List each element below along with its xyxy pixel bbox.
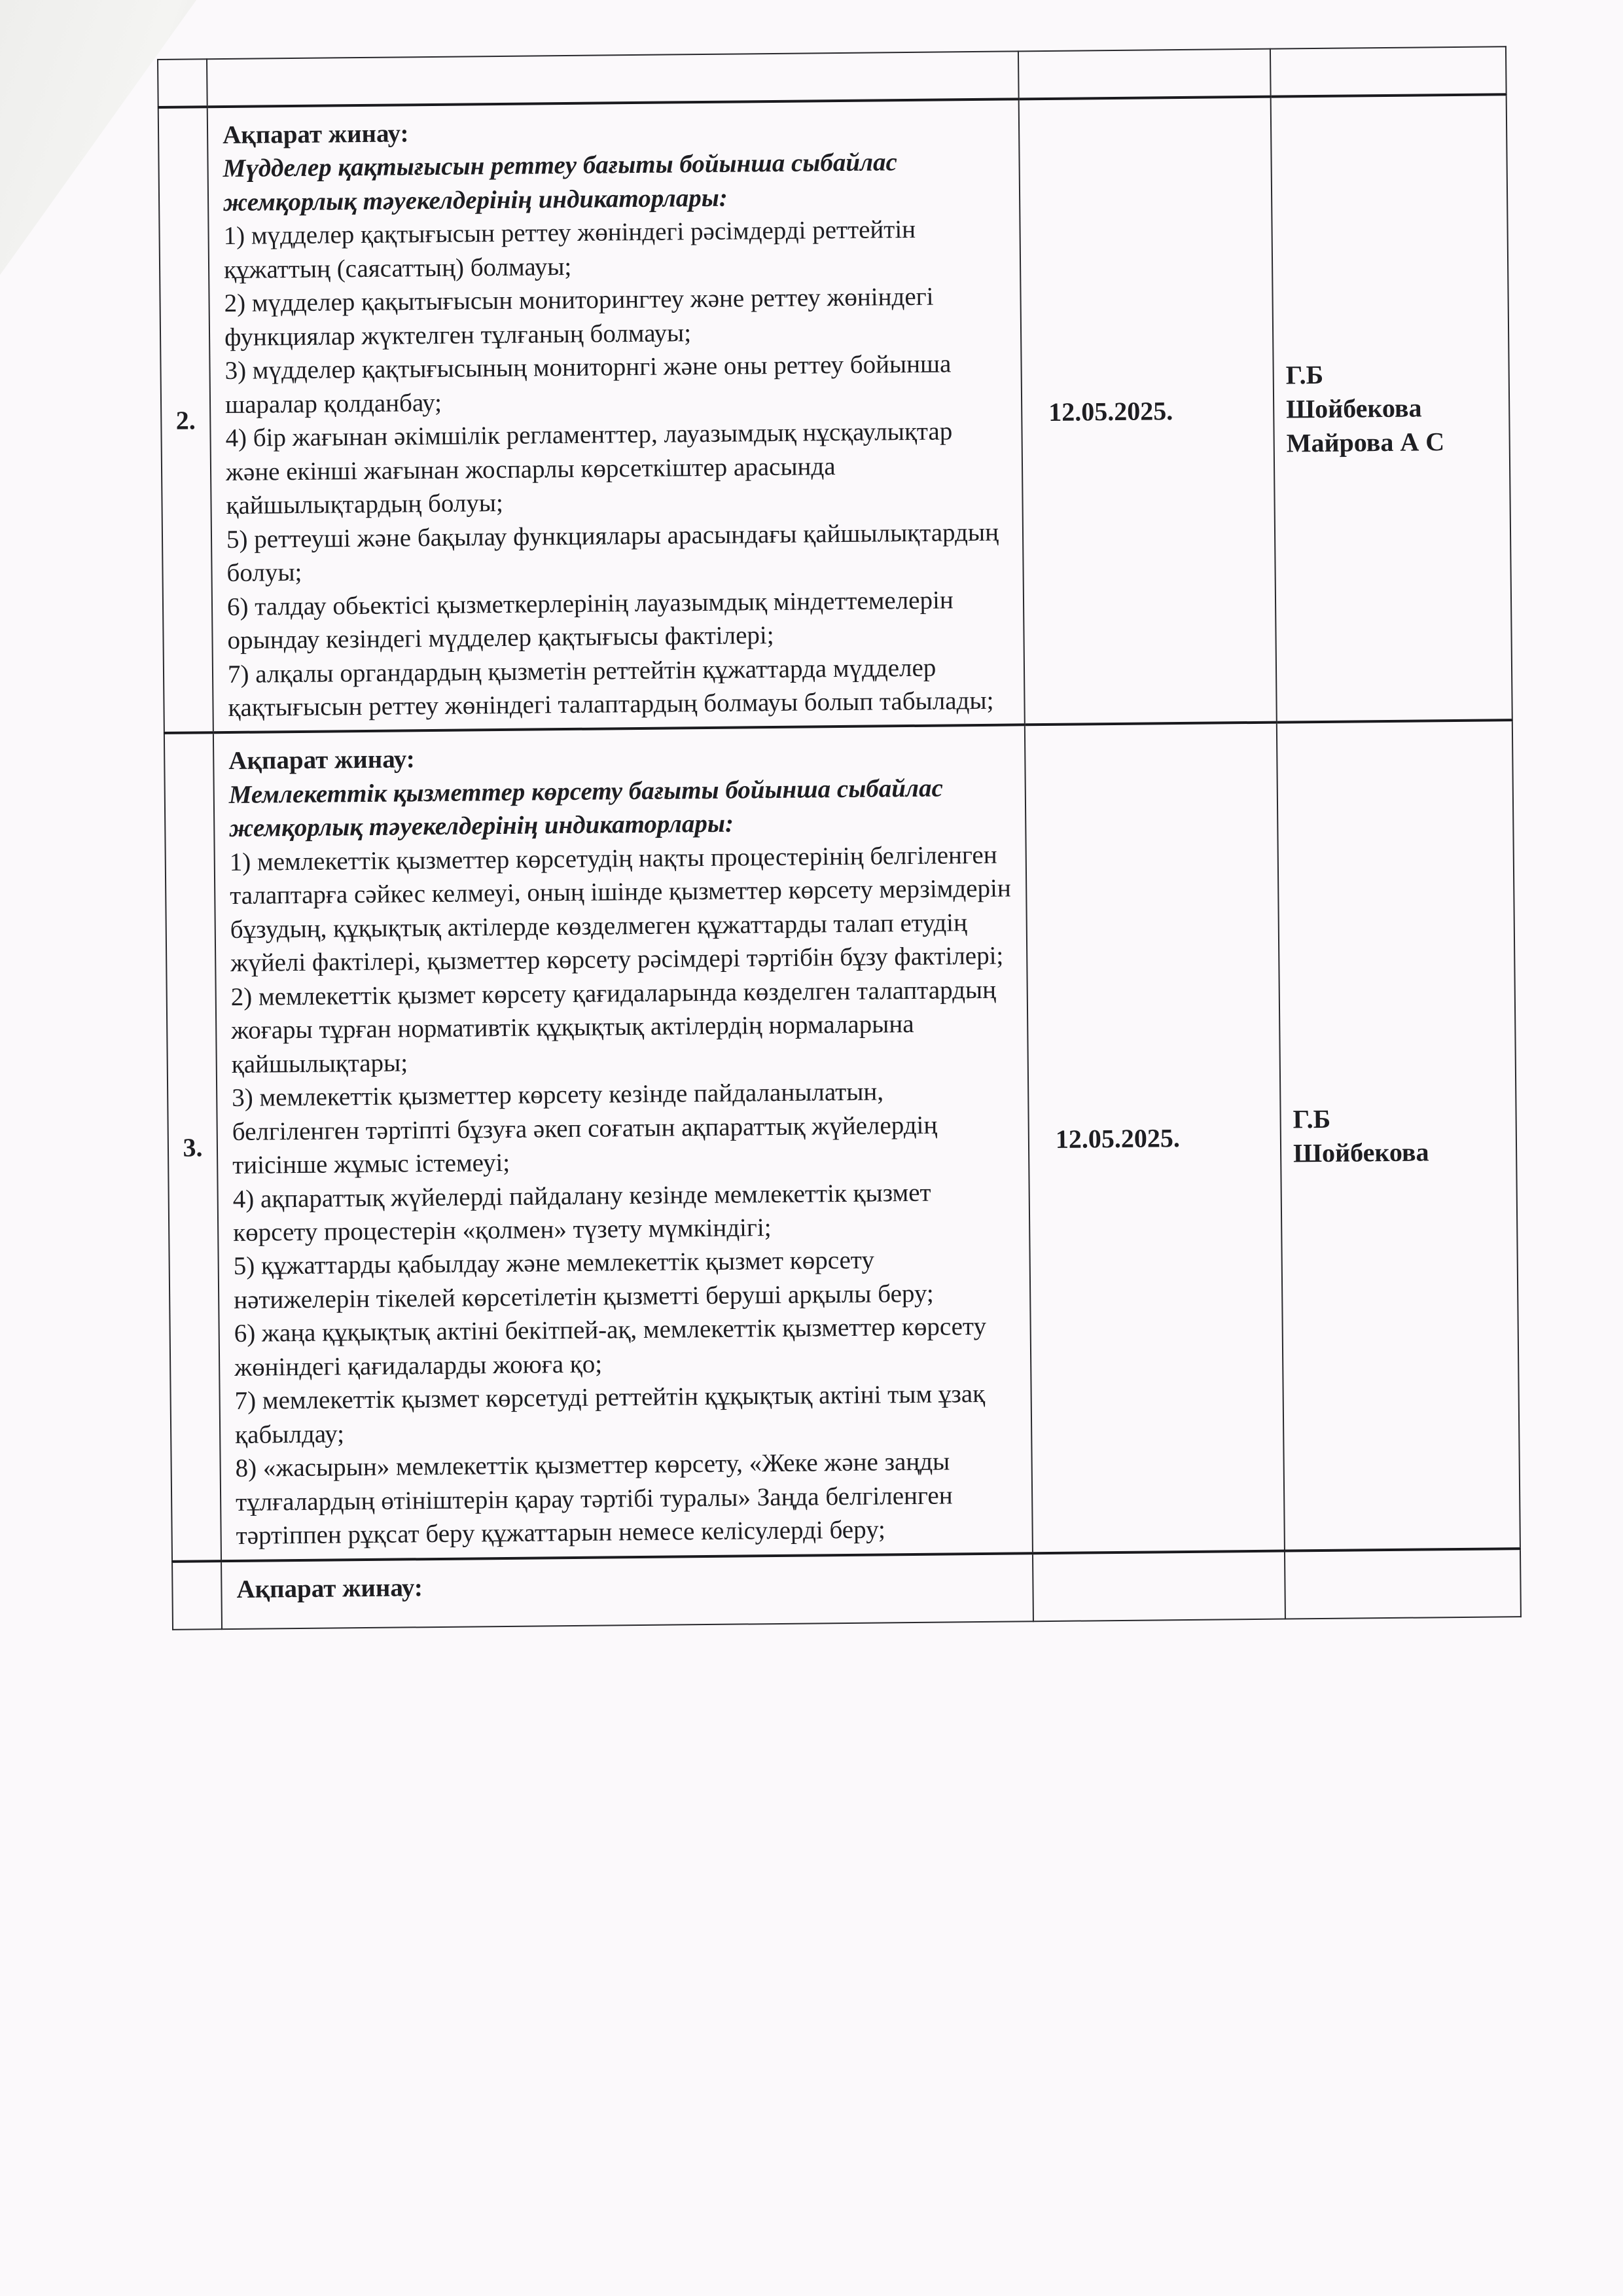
- indicator-item: 6) жаңа құқықтық актіні бекітпей-ақ, мем…: [234, 1310, 1017, 1384]
- row-responsible: Г.Б Шойбекова: [1277, 721, 1520, 1551]
- indicator-item: 7) алқалы органдардың қызметін реттейтін…: [228, 650, 1011, 725]
- indicator-item: 3) мемлекеттік қызметтер көрсету кезінде…: [232, 1074, 1015, 1183]
- cell-empty: [1018, 49, 1271, 99]
- indicator-item: 3) мүдделер қақтығысының мониторнгі және…: [224, 347, 1008, 422]
- row-description: Ақпарат жинау: Мүдделер қақтығысын ретте…: [207, 99, 1025, 732]
- row-responsible: Г.Б Шойбекова Майрова А С: [1271, 94, 1512, 723]
- cell-empty: [1285, 1549, 1521, 1619]
- indicator-item: 2) мемлекеттік қызмет көрсету қағидалары…: [231, 973, 1014, 1081]
- indicator-item: 2) мүдделер қақытығысын мониторингтеу жә…: [224, 279, 1007, 354]
- table-row: 3. Ақпарат жинау: Мемлекеттік қызметтер …: [164, 721, 1520, 1562]
- indicator-item: 7) мемлекеттік қызмет көрсетуді реттейті…: [234, 1377, 1018, 1452]
- indicator-item: 1) мемлекеттік қызметтер көрсетудің нақт…: [230, 838, 1014, 980]
- row-number: 3.: [164, 733, 221, 1562]
- responsible-line: Майрова А С: [1286, 424, 1508, 460]
- cell-empty: [158, 59, 207, 107]
- responsible-line: Г.Б: [1285, 356, 1508, 392]
- indicator-item: 8) «жасырын» мемлекеттік қызметтер көрсе…: [235, 1444, 1018, 1553]
- indicator-item: 6) талдау обьектісі қызметкерлерінің лау…: [227, 583, 1010, 657]
- responsible-line: Г.Б: [1293, 1100, 1515, 1136]
- row-number: [172, 1561, 222, 1630]
- row-heading: Мемлекеттік қызметтер көрсету бағыты бой…: [229, 770, 1012, 845]
- row-heading: Мүдделер қақтығысын реттеу бағыты бойынш…: [223, 145, 1006, 219]
- indicator-item: 1) мүдделер қақтығысын реттеу жөніндегі …: [223, 212, 1007, 287]
- table-row: Ақпарат жинау:: [172, 1549, 1521, 1630]
- row-date: 12.05.2025.: [1019, 97, 1277, 725]
- table-row: 2. Ақпарат жинау: Мүдделер қақтығысын ре…: [158, 94, 1512, 733]
- responsible-line: Шойбекова: [1286, 390, 1508, 426]
- cell-empty: [1033, 1551, 1285, 1621]
- action-plan-table: 2. Ақпарат жинау: Мүдделер қақтығысын ре…: [157, 46, 1522, 1630]
- indicator-item: 5) құжаттарды қабылдау және мемлекеттік …: [233, 1242, 1016, 1317]
- row-date: 12.05.2025.: [1025, 723, 1285, 1553]
- indicator-item: 4) ақпараттық жүйелерді пайдалану кезінд…: [232, 1175, 1016, 1249]
- cell-empty: [207, 51, 1019, 107]
- row-description: Ақпарат жинау: Мемлекеттік қызметтер көр…: [213, 725, 1033, 1561]
- row-number: 2.: [158, 107, 213, 733]
- indicator-item: 4) бір жағынан әкімшілік регламенттер, л…: [225, 414, 1008, 523]
- responsible-line: Шойбекова: [1293, 1134, 1516, 1170]
- indicator-item: 5) реттеуші және бақылау функциялары ара…: [226, 515, 1010, 590]
- row-description: Ақпарат жинау:: [221, 1553, 1033, 1629]
- row-label: Ақпарат жинау:: [236, 1565, 1019, 1606]
- cell-empty: [1270, 46, 1507, 96]
